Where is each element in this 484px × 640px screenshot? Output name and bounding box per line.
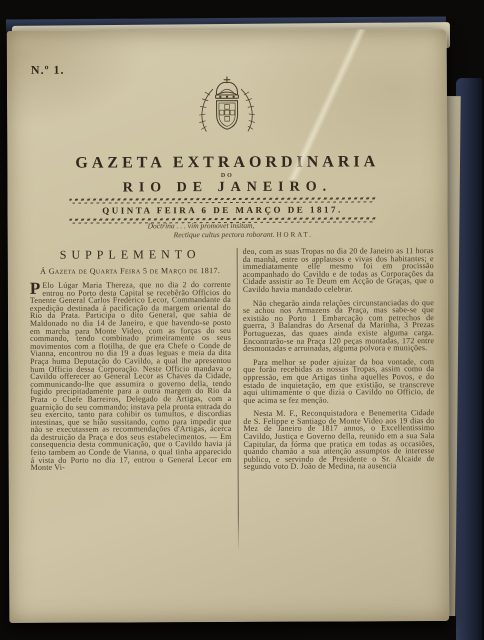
paragraph: deo, com as suas Tropas no dia 20 de Jan… <box>243 247 434 293</box>
drop-cap: P <box>30 282 41 296</box>
right-column: deo, com as suas Tropas no dia 20 de Jan… <box>243 245 435 552</box>
royal-crest-icon <box>184 74 270 154</box>
paragraph: Nesta M. F., Reconquistadora e Benemerit… <box>243 409 434 471</box>
paragraph: Não chegarão ainda relações circunstanci… <box>243 299 434 353</box>
column-divider <box>237 248 239 552</box>
article-columns: SUPPLEMENTO Á Gazeta de Quarta Feira 5 d… <box>30 245 435 553</box>
paragraph: Para melhor se poder ajuizar da boa vont… <box>243 358 434 404</box>
right-column-text: deo, com as suas Tropas no dia 20 de Jan… <box>243 247 435 471</box>
gazette-title: GAZETA EXTRAORDINARIA <box>7 153 447 173</box>
motto-attribution: HORAT. <box>276 230 313 238</box>
supplement-subheading: Á Gazeta de Quarta Feira 5 de Março de 1… <box>30 266 231 276</box>
newspaper-page: N.º 1. <box>7 29 450 623</box>
gazette-title-city: RIO DE JANEIRO. <box>7 179 447 197</box>
paragraph: PElo Lúgar Maria Thereza, que no dia 2 d… <box>30 281 232 472</box>
dateline: QUINTA FEIRA 6 DE MARÇO DE 1817. <box>63 202 381 218</box>
motto-line-2-text: Rectique cultus pectora roborant. <box>174 229 275 238</box>
motto: Doctrina . . . vim promovet insitam, Rec… <box>148 221 398 239</box>
supplement-heading: SUPPLEMENTO <box>30 247 231 263</box>
masthead: GAZETA EXTRAORDINARIA DO RIO DE JANEIRO. <box>7 153 447 197</box>
dateline-block: QUINTA FEIRA 6 DE MARÇO DE 1817. <box>63 197 381 223</box>
left-column-text: PElo Lúgar Maria Thereza, que no dia 2 d… <box>30 281 232 472</box>
issue-number: N.º 1. <box>31 63 65 78</box>
motto-line-2: Rectique cultus pectora roborant. HORAT. <box>174 230 398 239</box>
left-column: SUPPLEMENTO Á Gazeta de Quarta Feira 5 d… <box>30 246 232 553</box>
